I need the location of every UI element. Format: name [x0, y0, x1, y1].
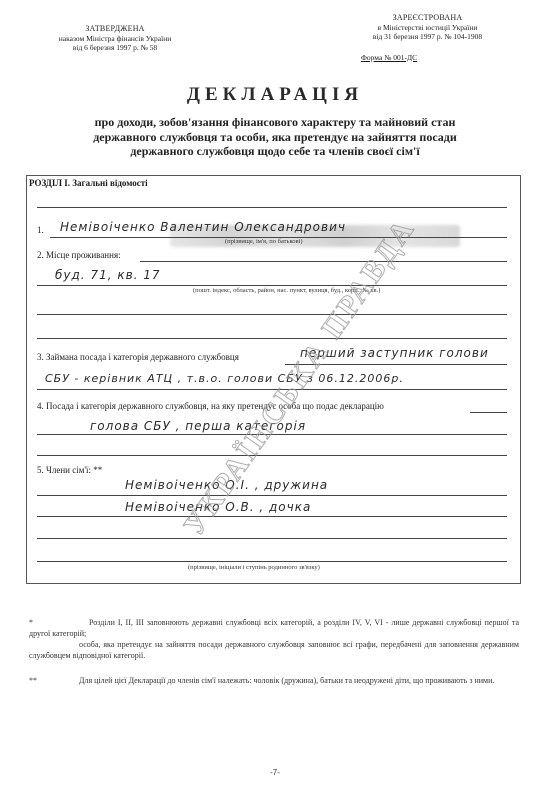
- subtitle-line-1: про доходи, зобов'язання фінансового хар…: [40, 115, 510, 130]
- field-1-number: 1.: [37, 225, 44, 235]
- footnote-2-text: Для цілей цієї Декларації до членів сім'…: [79, 676, 494, 685]
- family-caption: (прізвище, ініціали і ступінь родинного …: [188, 564, 320, 571]
- registration-line2: від 31 березня 1997 р. № 104-1908: [355, 32, 500, 42]
- registration-line1: в Міністерстві юстиції України: [355, 23, 500, 33]
- document-subtitle: про доходи, зобов'язання фінансового хар…: [40, 115, 510, 159]
- field-2-label: 2. Місце проживання:: [37, 250, 121, 260]
- field-4-label: 4. Посада і категорія державного службов…: [37, 401, 384, 411]
- family-line-2: [37, 516, 507, 517]
- full-name-caption: (прізвище, ім'я, по батькові): [225, 238, 303, 245]
- current-position-line2: СБУ - керівник АТЦ , т.в.о. голови СБУ з…: [45, 372, 404, 385]
- address-caption: (пошт. індекс, область, район, нас. пунк…: [193, 287, 380, 294]
- field-4-line-1: [37, 434, 507, 435]
- approval-stamp: ЗАТВЕРДЖЕНА наказом Міністра фінансів Ук…: [40, 24, 190, 53]
- family-line-3: [37, 538, 507, 539]
- family-line-1: [37, 495, 507, 496]
- field-2-line: [140, 261, 507, 262]
- address-line-3: [37, 338, 507, 339]
- divider-line: [37, 207, 507, 208]
- approval-line1: наказом Міністра фінансів України: [40, 34, 190, 44]
- registration-stamp: ЗАРЕЄСТРОВАНА в Міністерстві юстиції Укр…: [355, 13, 500, 42]
- footnote-2: ** Для цілей цієї Декларації до членів с…: [29, 675, 519, 686]
- address-line-2: [37, 314, 507, 315]
- form-number: Форма № 001-ДС: [361, 53, 417, 62]
- footnote-1-text2: особа, яка претендує на зайняття посади …: [29, 639, 519, 661]
- field-4-line-2: [37, 455, 507, 456]
- family-line-4: [37, 561, 507, 562]
- address-line-1: [37, 285, 507, 286]
- current-position-line1: перший заступник голови: [300, 346, 489, 360]
- page-number: -7-: [0, 768, 550, 777]
- footnote-1-text: Розділи І, ІІ, ІІІ заповнюють державні с…: [29, 618, 519, 638]
- footnote-2-marker: **: [29, 676, 37, 685]
- field-4-label-line: [470, 412, 507, 413]
- section-1-title: РОЗДІЛ І. Загальні відомості: [29, 178, 148, 188]
- field-5-label: 5. Члени сім'ї: **: [37, 465, 102, 475]
- approval-line2: від 6 березня 1997 р. № 58: [40, 43, 190, 53]
- subtitle-line-3: державного службовця щодо себе та членів…: [40, 144, 510, 159]
- family-member-1: Немівоіченко О.І. , дружина: [125, 478, 328, 492]
- document-title: ДЕКЛАРАЦІЯ: [0, 84, 550, 106]
- address-value: буд. 71, кв. 17: [55, 268, 161, 282]
- subtitle-line-2: державного службовця та особи, яка прете…: [40, 130, 510, 145]
- field-3-line-2: [37, 389, 507, 390]
- family-member-2: Немівоіченко О.В. , дочка: [125, 500, 311, 514]
- full-name-value: Немівоіченко Валентин Олександрович: [60, 220, 346, 234]
- field-3-label: 3. Займана посада і категорія державного…: [37, 352, 239, 362]
- footnote-1: * Розділи І, ІІ, ІІІ заповнюють державні…: [29, 617, 519, 661]
- approval-title: ЗАТВЕРДЖЕНА: [40, 24, 190, 34]
- field-3-line-1: [285, 364, 507, 365]
- footnote-1-marker: *: [29, 618, 33, 627]
- registration-title: ЗАРЕЄСТРОВАНА: [355, 13, 500, 23]
- applied-position-value: голова СБУ , перша категорія: [90, 419, 306, 433]
